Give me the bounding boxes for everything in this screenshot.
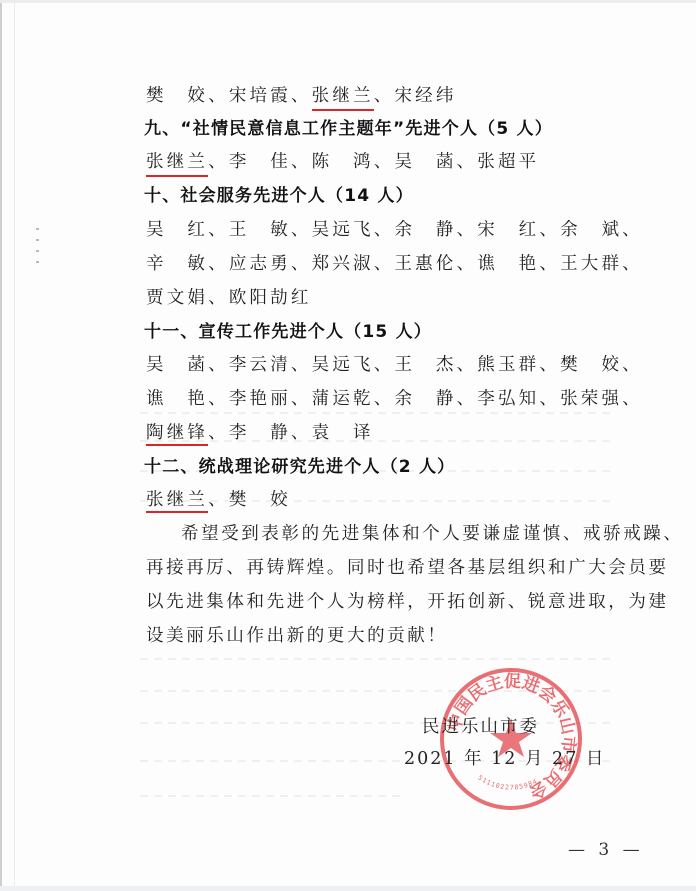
section-9-names: 张继兰、李 佳、陈 鸿、吴 菡、张超平 <box>146 150 539 177</box>
name-list-continued: 樊 姣、宋培霞、张继兰、宋经纬 <box>146 84 457 111</box>
person-name-underlined: 张继兰 <box>146 150 208 177</box>
signature-date: 2021 年 12 月 27 日 <box>404 745 605 770</box>
person-name: 欧阳劼红 <box>229 288 312 308</box>
person-name: 吴远飞 <box>312 220 374 240</box>
section-11-names-row: 谯 艳、李艳丽、蒲运乾、余 静、李弘知、张荣强、 <box>146 387 643 411</box>
person-name: 贾文娟 <box>146 288 208 308</box>
person-name: 余 斌 <box>560 220 622 240</box>
person-name: 李 静 <box>229 423 291 443</box>
person-name: 王大群 <box>560 254 622 274</box>
section-11-names-row: 吴 菡、李云清、吴远飞、王 杰、熊玉群、樊 姣、 <box>146 353 643 377</box>
person-name: 张荣强 <box>560 389 622 409</box>
section-heading-11: 十一、宣传工作先进个人（15 人） <box>144 320 432 344</box>
person-name: 袁 译 <box>312 423 374 443</box>
person-name: 张超平 <box>477 150 539 174</box>
person-name: 余 静 <box>394 389 456 409</box>
bleed-through-text <box>140 795 400 797</box>
page-number: — 3 — <box>568 840 644 860</box>
margin-marks <box>36 228 40 278</box>
person-name: 李艳丽 <box>229 389 291 409</box>
person-name: 郑兴淑 <box>312 254 374 274</box>
section-10-names-row: 贾文娟、欧阳劼红 <box>146 286 312 310</box>
person-name: 熊玉群 <box>477 355 539 375</box>
person-name: 余 静 <box>394 220 456 240</box>
person-name: 李云清 <box>229 355 291 375</box>
person-name-underlined: 张继兰 <box>312 84 374 111</box>
person-name: 吴远飞 <box>312 355 374 375</box>
section-heading-10: 十、社会服务先进个人（14 人） <box>144 184 414 208</box>
person-name-underlined: 陶继锋 <box>146 423 208 446</box>
person-name: 宋培霞 <box>229 84 291 108</box>
person-name: 宋 红 <box>477 220 539 240</box>
person-name: 樊 姣 <box>560 355 622 375</box>
person-name: 蒲运乾 <box>312 389 374 409</box>
closing-paragraph-line: 设美丽乐山作出新的更大的贡献！ <box>146 624 448 648</box>
section-10-names-row: 辛 敏、应志勇、郑兴淑、王惠伦、谯 艳、王大群、 <box>146 252 643 276</box>
person-name: 应志勇 <box>229 254 291 274</box>
person-name: 王惠伦 <box>394 254 456 274</box>
closing-paragraph-line: 以先进集体和先进个人为榜样，开拓创新、锐意进取，为建 <box>146 590 669 614</box>
person-name: 吴 菡 <box>394 150 456 174</box>
section-heading-12: 十二、统战理论研究先进个人（2 人） <box>144 455 455 479</box>
official-seal: 中国民主促进会乐山市委员会 5111022785984 <box>440 668 582 810</box>
closing-paragraph-line: 再接再厉、再铸辉煌。同时也希望各基层组织和广大会员要 <box>146 556 669 580</box>
person-name: 谯 艳 <box>146 389 208 409</box>
person-name: 谯 艳 <box>477 254 539 274</box>
section-11-names-row: 陶继锋、李 静、袁 译 <box>146 421 374 445</box>
signature-organization: 民进乐山市委 <box>422 713 539 738</box>
person-name: 樊 姣 <box>146 84 208 108</box>
bleed-through-text <box>140 412 610 414</box>
page-edge-top <box>0 0 696 3</box>
person-name: 宋经纬 <box>394 84 456 108</box>
person-name: 王 杰 <box>394 355 456 375</box>
person-name-underlined: 张继兰 <box>146 490 208 513</box>
person-name: 王 敏 <box>229 220 291 240</box>
person-name: 李 佳 <box>229 150 291 174</box>
person-name: 辛 敏 <box>146 254 208 274</box>
person-name: 樊 姣 <box>229 490 291 510</box>
closing-paragraph-line: 希望受到表彰的先进集体和个人要谦虚谨慎、戒骄戒躁、 <box>181 522 684 546</box>
binding-margin-line <box>14 0 15 891</box>
page-edge <box>0 0 2 891</box>
seal-graphic: 中国民主促进会乐山市委员会 5111022785984 <box>440 668 582 810</box>
page-bottom-edge <box>0 886 696 891</box>
person-name: 陈 鸿 <box>312 150 374 174</box>
person-name: 李弘知 <box>477 389 539 409</box>
section-heading-9: 九、“社情民意信息工作主题年”先进个人（5 人） <box>144 117 553 141</box>
bleed-through-text <box>140 658 610 660</box>
section-12-names: 张继兰、樊 姣 <box>146 488 291 512</box>
section-10-names-row: 吴 红、王 敏、吴远飞、余 静、宋 红、余 斌、 <box>146 218 643 242</box>
person-name: 吴 红 <box>146 220 208 240</box>
person-name: 吴 菡 <box>146 355 208 375</box>
